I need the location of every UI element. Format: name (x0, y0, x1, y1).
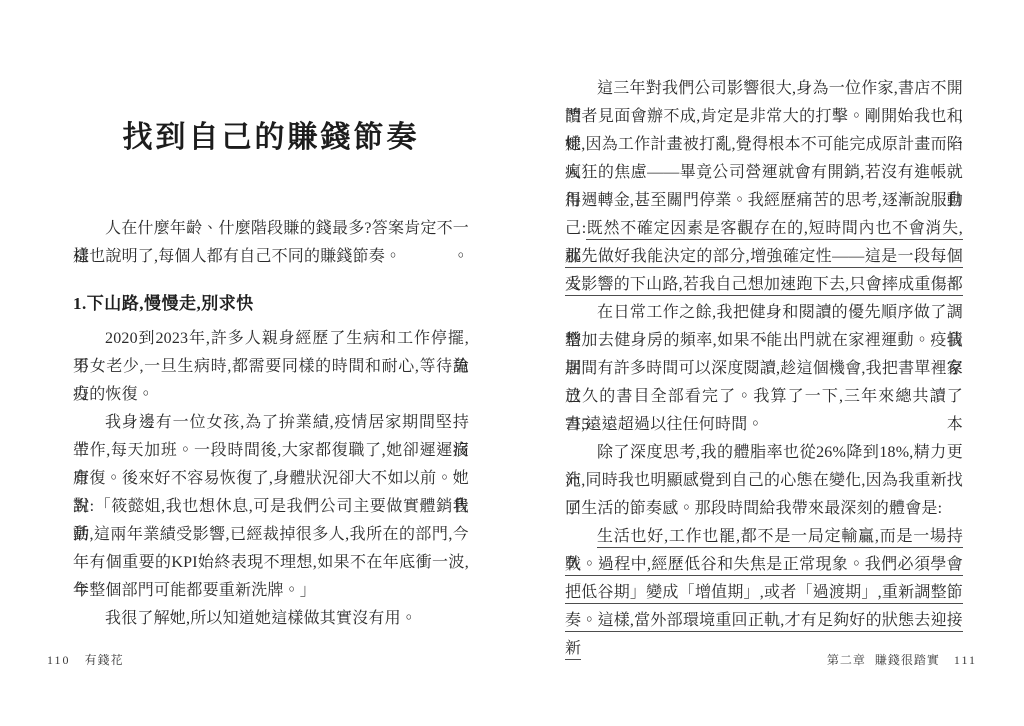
text-line: 這三年對我們公司影響很大,身為一位作家,書店不開門, (565, 75, 963, 103)
text-line: 動,這兩年業績受影響,已經裁掉很多人,我所在的部門,今 (73, 521, 469, 549)
book-title: 有錢花 (85, 652, 124, 668)
chapter-title: 找到自己的賺錢節奏 (73, 118, 469, 158)
right-page-number: 111 (954, 652, 977, 668)
text-line: 我很了解她,所以知道她這樣做其實沒有用。 (73, 605, 469, 633)
text-segment: 己: (565, 220, 586, 237)
section-heading: 1.下山路,慢慢走,別求快 (73, 290, 469, 318)
text-line: 年有個重要的KPI始終表現不理想,如果不在年底衝一波,今 (73, 549, 469, 577)
text-line: 期間有許多時間可以深度閱讀,趁這個機會,我把書單裡存放 (565, 355, 963, 383)
paragraph: 人在什麼年齡、什麼階段賺的錢最多?答案肯定不一樣。這也說明了,每個人都有自己不同… (73, 215, 469, 271)
text-line: 沛,同時我也明顯感覺到自己的心態在變化,因為我重新找回 (565, 467, 963, 495)
text-line: 讀者見面會辦不成,肯定是非常大的打擊。剛開始我也和她一 (565, 103, 963, 131)
text-segment: 動,這兩年業績受影響,已經裁掉很多人,我所在的部門,今 (73, 526, 469, 543)
text-segment: 年整個部門可能都要重新洗牌。」 (73, 582, 316, 599)
text-segment: 這也說明了,每個人都有自己不同的賺錢節奏。 (73, 248, 401, 265)
text-line: 康復。後來好不容易恢復了,身體狀況卻大不如以前。她對我 (73, 465, 469, 493)
text-line: 人在什麼年齡、什麼階段賺的錢最多?答案肯定不一樣。 (73, 215, 469, 243)
text-line: 已久的書目全部看完了。我算了一下,三年來總共讀了715本 (565, 383, 963, 411)
text-segment: 力的恢復。 (73, 386, 154, 403)
text-line: 我身邊有一位女孩,為了拚業績,疫情居家期間堅持帶病 (73, 409, 469, 437)
text-line: 了生活的節奏感。那段時間給我帶來最深刻的體會是: (565, 495, 963, 523)
book-spread: 找到自己的賺錢節奏 人在什麼年齡、什麼階段賺的錢最多?答案肯定不一樣。這也說明了… (0, 0, 1024, 726)
text-segment: 我很了解她,所以知道她這樣做其實沒有用。 (105, 610, 417, 627)
right-page-content: 這三年對我們公司影響很大,身為一位作家,書店不開門,讀者見面會辦不成,肯定是非常… (565, 75, 963, 635)
paragraph: 生活也好,工作也罷,都不是一局定輸贏,而是一場持久戰。過程中,經歷低谷和失焦是正… (565, 523, 963, 635)
text-segment: 書,遠遠超過以往任何時間。 (565, 416, 764, 433)
text-segment: 用週轉金,甚至關門停業。我經歷痛苦的思考,逐漸說服自 (565, 192, 963, 209)
left-footer: 110 有錢花 (47, 652, 124, 668)
text-line: 樣,因為工作計畫被打亂,覺得根本不可能完成原計畫而陷入 (565, 131, 963, 159)
paragraph: 在日常工作之餘,我把健身和閱讀的優先順序做了調整。我增加去健身房的頻率,如果不能… (565, 299, 963, 439)
text-line: 瘋狂的焦慮——畢竟公司營運就會有開銷,若沒有進帳就得動 (565, 159, 963, 187)
chapter-name: 賺錢很踏實 (875, 652, 940, 668)
text-line: 生活也好,工作也罷,都不是一局定輸贏,而是一場持久 (565, 523, 963, 551)
text-line: 戰。過程中,經歷低谷和失焦是正常現象。我們必須學會把 (565, 551, 963, 579)
left-page: 找到自己的賺錢節奏 人在什麼年齡、什麼階段賺的錢最多?答案肯定不一樣。這也說明了… (73, 0, 469, 633)
paragraph: 這三年對我們公司影響很大,身為一位作家,書店不開門,讀者見面會辦不成,肯定是非常… (565, 75, 963, 299)
text-line: 2020到2023年,許多人親身經歷了生病和工作停擺,不論 (73, 325, 469, 353)
chapter-label: 第二章 (827, 652, 866, 668)
text-line: 除了深度思考,我的體脂率也從26%降到18%,精力更充 (565, 439, 963, 467)
text-line: 男女老少,一旦生病時,都需要同樣的時間和耐心,等待免疫 (73, 353, 469, 381)
underlined-text: 受影響的下山路,若我自己想加速跑下去,只會摔成重傷。 (565, 276, 963, 296)
text-line: 工作,每天加班。一段時間後,大家都復職了,她卻遲遲沒有 (73, 437, 469, 465)
text-line: 「低谷期」變成「增值期」,或者「過渡期」,重新調整節 (565, 579, 963, 607)
right-footer: 第二章 賺錢很踏實 111 (827, 652, 977, 668)
right-page: 這三年對我們公司影響很大,身為一位作家,書店不開門,讀者見面會辦不成,肯定是非常… (565, 0, 963, 635)
left-page-number: 110 (47, 652, 71, 668)
text-line: 在日常工作之餘,我把健身和閱讀的優先順序做了調整。我 (565, 299, 963, 327)
text-line: 受影響的下山路,若我自己想加速跑下去,只會摔成重傷。 (565, 271, 963, 299)
text-line: 就先做好我能決定的部分,增強確定性——這是一段每個人都 (565, 243, 963, 271)
paragraph: 我很了解她,所以知道她這樣做其實沒有用。 (73, 605, 469, 633)
text-line: 用週轉金,甚至關門停業。我經歷痛苦的思考,逐漸說服自 (565, 187, 963, 215)
paragraph: 除了深度思考,我的體脂率也從26%降到18%,精力更充沛,同時我也明顯感覺到自己… (565, 439, 963, 523)
paragraph: 我身邊有一位女孩,為了拚業績,疫情居家期間堅持帶病工作,每天加班。一段時間後,大… (73, 409, 469, 605)
text-line: 奏。這樣,當外部環境重回正軌,才有足夠好的狀態去迎接新 (565, 607, 963, 635)
text-line: 說:「筱懿姐,我也想休息,可是我們公司主要做實體銷售活 (73, 493, 469, 521)
text-line: 力的恢復。 (73, 381, 469, 409)
underlined-text: 「低谷期」變成「增值期」,或者「過渡期」,重新調整節 (565, 584, 963, 604)
text-segment: 了生活的節奏感。那段時間給我帶來最深刻的體會是: (565, 500, 942, 517)
left-page-content: 人在什麼年齡、什麼階段賺的錢最多?答案肯定不一樣。這也說明了,每個人都有自己不同… (73, 215, 469, 633)
text-line: 增加去健身房的頻率,如果不能出門就在家裡運動。疫情居家 (565, 327, 963, 355)
text-line: 年整個部門可能都要重新洗牌。」 (73, 577, 469, 605)
text-line: 己:既然不確定因素是客觀存在的,短時間內也不會消失,那 (565, 215, 963, 243)
paragraph: 2020到2023年,許多人親身經歷了生病和工作停擺,不論男女老少,一旦生病時,… (73, 325, 469, 409)
